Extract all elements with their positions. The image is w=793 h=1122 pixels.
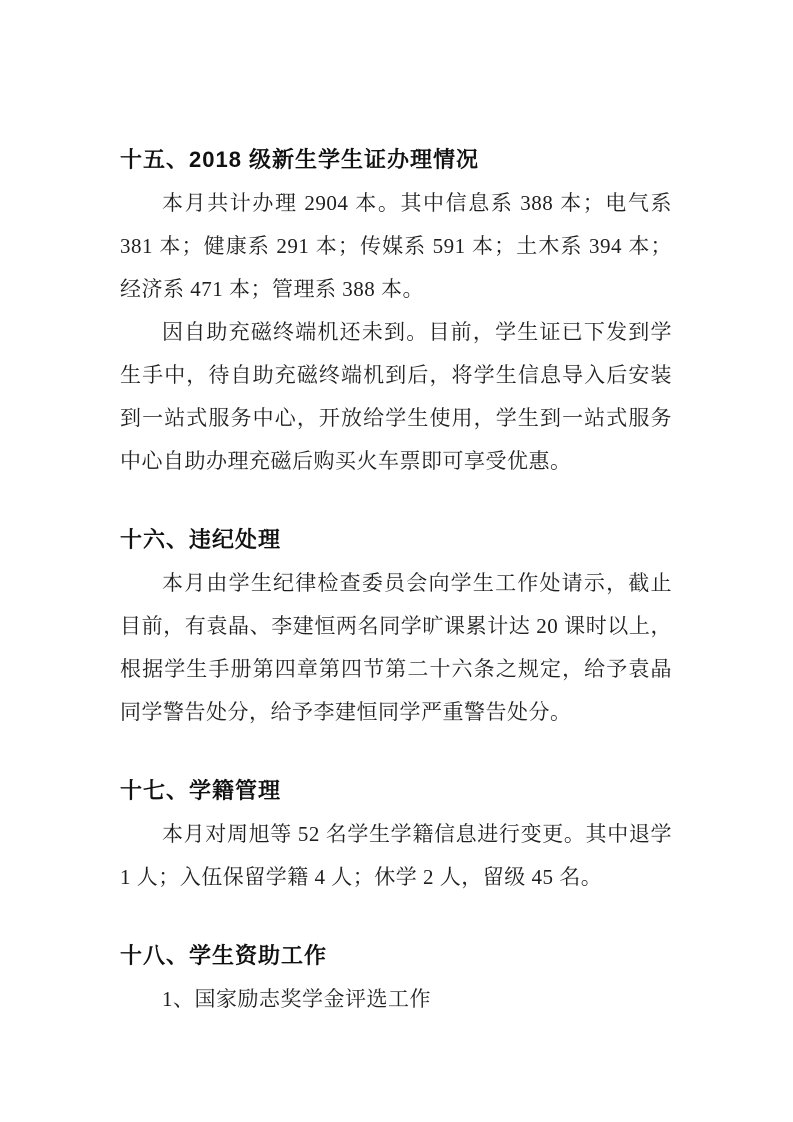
section-heading: 十六、违纪处理 — [120, 527, 672, 553]
document-page: 十五、2018 级新生学生证办理情况本月共计办理 2904 本。其中信息系 38… — [0, 0, 793, 1122]
document-section: 十五、2018 级新生学生证办理情况本月共计办理 2904 本。其中信息系 38… — [120, 147, 672, 483]
paragraph: 因自助充磁终端机还未到。目前，学生证已下发到学生手中，待自助充磁终端机到后，将学… — [120, 311, 672, 483]
paragraph: 本月对周旭等 52 名学生学籍信息进行变更。其中退学 1 人；入伍保留学籍 4 … — [120, 813, 672, 899]
paragraph: 本月共计办理 2904 本。其中信息系 388 本；电气系 381 本；健康系 … — [120, 182, 672, 311]
paragraph: 本月由学生纪律检查委员会向学生工作处请示，截止目前，有袁晶、李建恒两名同学旷课累… — [120, 562, 672, 734]
document-body: 十五、2018 级新生学生证办理情况本月共计办理 2904 本。其中信息系 38… — [120, 147, 672, 1021]
section-heading: 十七、学籍管理 — [120, 778, 672, 804]
document-section: 十六、违纪处理本月由学生纪律检查委员会向学生工作处请示，截止目前，有袁晶、李建恒… — [120, 527, 672, 734]
paragraph: 1、国家励志奖学金评选工作 — [120, 978, 672, 1021]
document-section: 十八、学生资助工作1、国家励志奖学金评选工作 — [120, 943, 672, 1021]
section-heading: 十八、学生资助工作 — [120, 943, 672, 969]
document-section: 十七、学籍管理本月对周旭等 52 名学生学籍信息进行变更。其中退学 1 人；入伍… — [120, 778, 672, 899]
section-heading: 十五、2018 级新生学生证办理情况 — [120, 147, 672, 173]
